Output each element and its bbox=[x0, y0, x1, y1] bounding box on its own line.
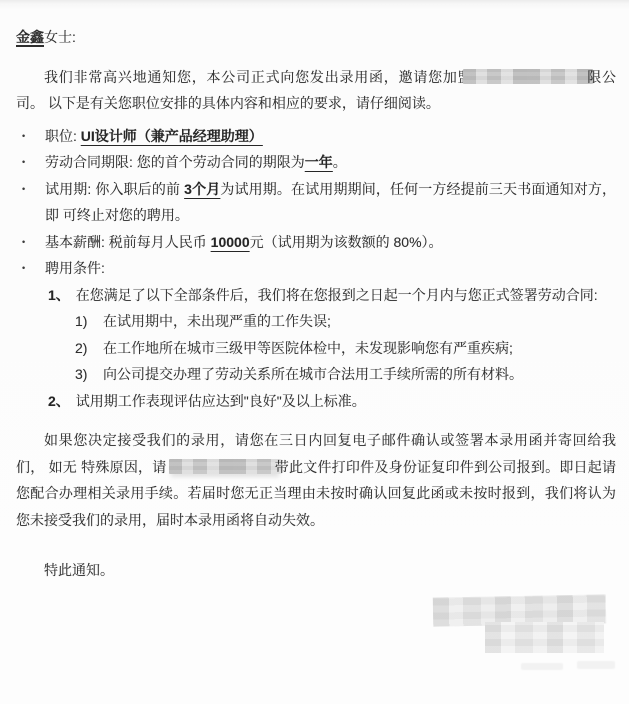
condition-item-1: 1、在您满足了以下全部条件后，我们将在您报到之日起一个月内与您正式签署劳动合同: bbox=[16, 282, 616, 309]
redacted-signature-stamp-bottom bbox=[485, 622, 604, 653]
term-contract: •劳动合同期限: 您的首个劳动合同的期限为一年。 bbox=[16, 149, 616, 176]
closing-paragraph: 如果您决定接受我们的录用，请您在三日内回复电子邮件确认或签署本录用函并寄回给我们… bbox=[16, 427, 616, 533]
term-contract-text-end: 。 bbox=[333, 154, 347, 170]
term-conditions-heading: •聘用条件: bbox=[16, 255, 616, 282]
term-position-label: 职位: bbox=[45, 128, 81, 144]
intro-paragraph: 我们非常高兴地通知您，本公司正式向您发出录用函，邀请您加盟限公司。 以下是有关您… bbox=[16, 64, 616, 117]
signoff-line: 特此通知。 bbox=[16, 557, 616, 584]
redacted-report-info-block bbox=[169, 459, 281, 474]
term-probation-text: 试用期: 你入职后的前 bbox=[45, 181, 184, 197]
subitem-1-number: 1) bbox=[75, 308, 103, 335]
term-salary-value: 10000 bbox=[211, 234, 250, 250]
subitem-3-text: 向公司提交办理了劳动关系所在城市合法用工手续所需的所有材料。 bbox=[103, 361, 616, 388]
condition-1-text: 在您满足了以下全部条件后，我们将在您报到之日起一个月内与您正式签署劳动合同: bbox=[76, 287, 598, 303]
bullet-icon: • bbox=[22, 123, 25, 150]
term-salary-text: 基本薪酬: 税前每月人民币 bbox=[45, 234, 211, 250]
condition-2-number: 2、 bbox=[48, 393, 76, 409]
intro-text-before-redaction: 我们非常高兴地通知您，本公司正式向您发出录用函，邀请您加盟 bbox=[44, 69, 472, 85]
condition-1-subitem-3: 3)向公司提交办理了劳动关系所在城市合法用工手续所需的所有材料。 bbox=[16, 361, 616, 388]
term-position: •职位: UI设计师（兼产品经理助理） bbox=[16, 123, 616, 150]
term-probation-value: 3个月 bbox=[184, 181, 220, 197]
terms-list: •职位: UI设计师（兼产品经理助理） •劳动合同期限: 您的首个劳动合同的期限… bbox=[16, 123, 616, 282]
subitem-3-number: 3) bbox=[75, 361, 103, 388]
redacted-company-name-block bbox=[463, 69, 593, 84]
term-contract-text: 劳动合同期限: 您的首个劳动合同的期限为 bbox=[45, 154, 305, 170]
term-contract-value: 一年 bbox=[305, 154, 333, 170]
condition-1-number: 1、 bbox=[48, 287, 76, 303]
bullet-icon: • bbox=[22, 255, 25, 282]
condition-item-2: 2、试用期工作表现评估应达到"良好"及以上标准。 bbox=[16, 388, 616, 415]
condition-1-subitem-2: 2)在工作地所在城市三级甲等医院体检中，未发现影响您有严重疾病; bbox=[16, 335, 616, 362]
faint-signature-smudge-left bbox=[521, 663, 563, 670]
condition-2-text: 试用期工作表现评估应达到"良好"及以上标准。 bbox=[76, 393, 366, 409]
subitem-2-text: 在工作地所在城市三级甲等医院体检中，未发现影响您有严重疾病; bbox=[103, 335, 616, 362]
term-salary-text-end: 元（试用期为该数额的 80%）。 bbox=[250, 234, 443, 250]
faint-signature-smudge-right bbox=[577, 661, 615, 669]
greeting-line: 金鑫女士: bbox=[16, 24, 616, 51]
bullet-icon: • bbox=[22, 176, 25, 203]
recipient-honorific: 女士: bbox=[44, 29, 76, 45]
bullet-icon: • bbox=[22, 149, 25, 176]
recipient-name: 金鑫 bbox=[16, 29, 44, 45]
offer-letter-photo: 金鑫女士: 我们非常高兴地通知您，本公司正式向您发出录用函，邀请您加盟限公司。 … bbox=[0, 0, 629, 704]
subitem-2-number: 2) bbox=[75, 335, 103, 362]
term-probation: •试用期: 你入职后的前 3个月为试用期。在试用期期间，任何一方经提前三天书面通… bbox=[16, 176, 616, 229]
bullet-icon: • bbox=[22, 229, 25, 256]
term-position-value: UI设计师（兼产品经理助理） bbox=[81, 128, 273, 144]
condition-1-subitem-1: 1)在试用期中，未出现严重的工作失误; bbox=[16, 308, 616, 335]
subitem-1-text: 在试用期中，未出现严重的工作失误; bbox=[103, 308, 616, 335]
letter-body: 金鑫女士: 我们非常高兴地通知您，本公司正式向您发出录用函，邀请您加盟限公司。 … bbox=[16, 24, 616, 584]
term-salary: •基本薪酬: 税前每月人民币 10000元（试用期为该数额的 80%）。 bbox=[16, 229, 616, 256]
term-conditions-label: 聘用条件: bbox=[45, 260, 105, 276]
